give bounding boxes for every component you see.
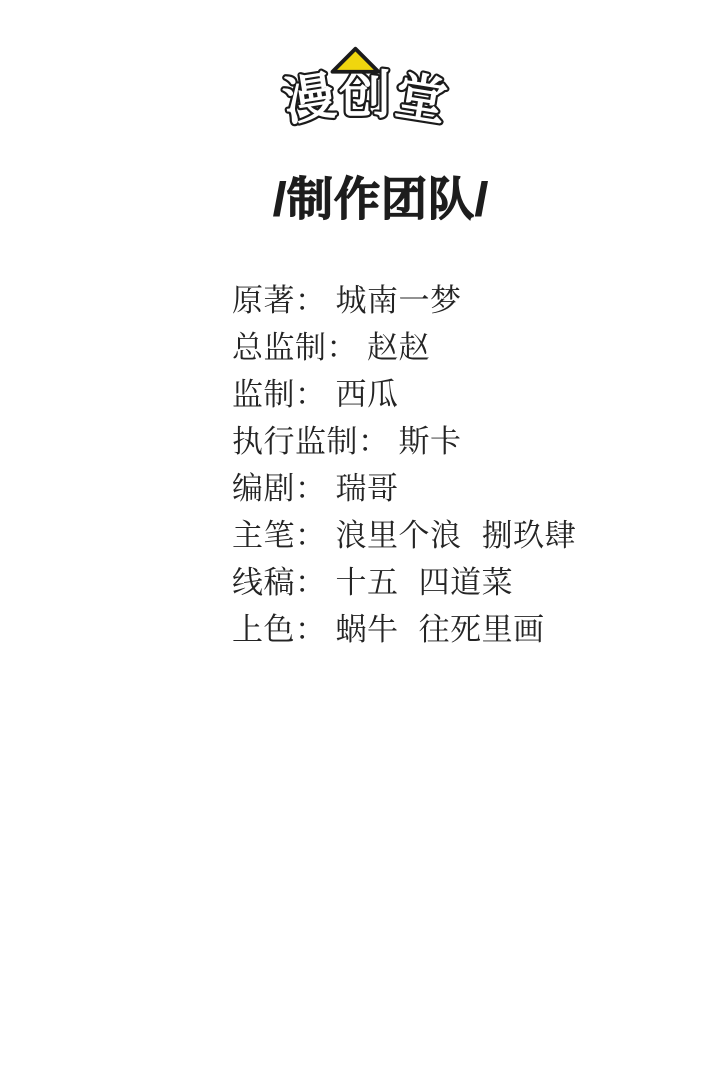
credit-label: 监制 (232, 377, 295, 412)
logo-char-man: 漫 (279, 66, 339, 131)
credit-label: 总监制 (232, 330, 327, 365)
credit-row-producer: 监制：西瓜 (232, 371, 576, 418)
credit-value: 赵赵 (367, 330, 430, 365)
credit-row-executive-producer: 执行监制：斯卡 (232, 418, 576, 465)
credit-row-screenwriter: 编剧：瑞哥 (232, 465, 576, 512)
credit-colon: ： (295, 565, 327, 600)
credit-value: 斯卡 (399, 424, 462, 459)
logo-char-tang: 堂 (391, 66, 451, 131)
credits-page: 漫 堂 创 /制作团队/ 原著：城南一梦 总监制：赵赵 监制：西瓜 执行监制：斯… (0, 0, 720, 1065)
studio-logo: 漫 堂 创 (269, 44, 461, 132)
credit-value: 西瓜 (336, 377, 399, 412)
credit-value: 浪里个浪 捌玖肆 (336, 518, 577, 553)
credit-value: 蜗牛 往死里画 (336, 612, 545, 647)
credit-label: 执行监制 (232, 424, 358, 459)
logo-char-chuang: 创 (339, 66, 391, 124)
page-title: /制作团队/ (21, 172, 720, 226)
logo-roof-triangle-icon (332, 49, 378, 72)
credit-label: 主笔 (232, 518, 295, 553)
credit-colon: ： (295, 377, 327, 412)
credit-label: 线稿 (232, 565, 295, 600)
credit-label: 编剧 (232, 471, 295, 506)
credit-colon: ： (295, 471, 327, 506)
credits-list: 原著：城南一梦 总监制：赵赵 监制：西瓜 执行监制：斯卡 编剧：瑞哥 主笔：浪里… (232, 277, 576, 653)
credit-label: 原著 (232, 283, 295, 318)
credit-row-line-art: 线稿：十五 四道菜 (232, 559, 576, 606)
credit-colon: ： (295, 518, 327, 553)
credit-value: 城南一梦 (336, 283, 462, 318)
credit-value: 十五 四道菜 (336, 565, 514, 600)
credit-colon: ： (295, 612, 327, 647)
credit-row-chief-producer: 总监制：赵赵 (232, 324, 576, 371)
credit-label: 上色 (232, 612, 295, 647)
credit-row-original-work: 原著：城南一梦 (232, 277, 576, 324)
credit-colon: ： (327, 330, 359, 365)
credit-colon: ： (295, 283, 327, 318)
credit-row-lead-artist: 主笔：浪里个浪 捌玖肆 (232, 512, 576, 559)
studio-logo-icon: 漫 堂 创 (269, 44, 461, 132)
credit-row-coloring: 上色：蜗牛 往死里画 (232, 606, 576, 653)
credit-colon: ： (358, 424, 390, 459)
credit-value: 瑞哥 (336, 471, 399, 506)
